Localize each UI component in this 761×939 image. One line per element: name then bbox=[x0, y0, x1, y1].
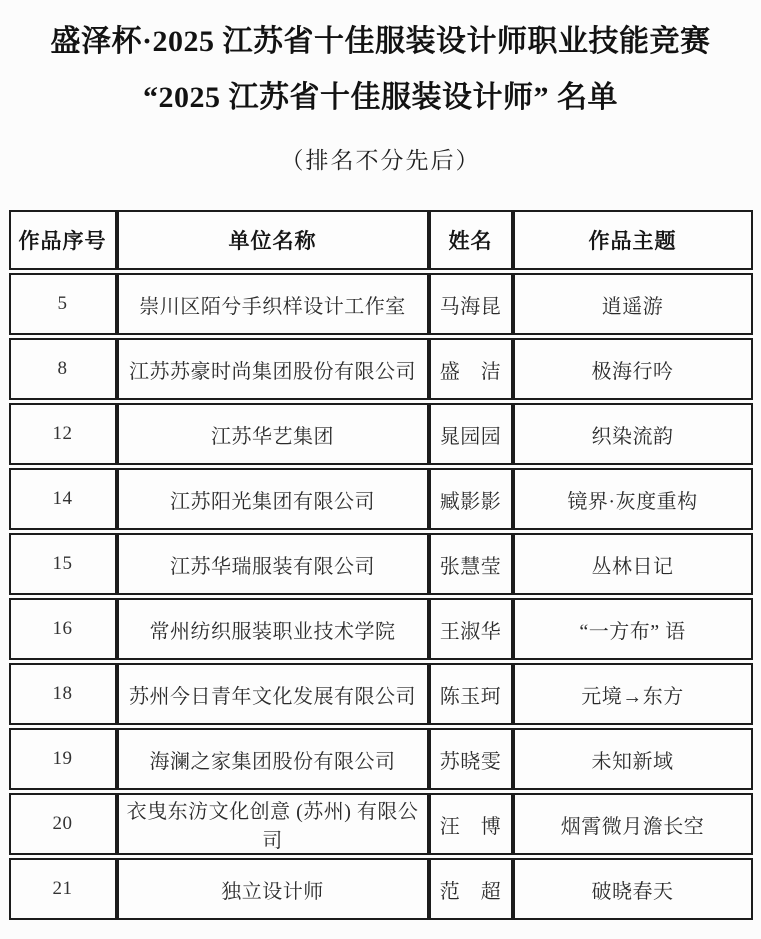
cell-designer-name: 晁园园 bbox=[429, 403, 513, 465]
cell-unit-name: 衣曳东汸文化创意 (苏州) 有限公司 bbox=[117, 793, 429, 855]
cell-work-no: 15 bbox=[9, 533, 117, 595]
cell-work-theme: 极海行吟 bbox=[513, 338, 753, 400]
cell-work-no: 18 bbox=[9, 663, 117, 725]
cell-designer-name: 盛 洁 bbox=[429, 338, 513, 400]
title-line-2: “2025 江苏省十佳服装设计师” 名单 bbox=[0, 70, 761, 126]
header-work-theme: 作品主题 bbox=[513, 210, 753, 270]
cell-work-no: 20 bbox=[9, 793, 117, 855]
cell-work-no: 21 bbox=[9, 858, 117, 920]
header-work-no: 作品序号 bbox=[9, 210, 117, 270]
cell-designer-name: 马海昆 bbox=[429, 273, 513, 335]
table-row: 21 独立设计师 范 超 破晓春天 bbox=[9, 858, 753, 920]
cell-unit-name: 苏州今日青年文化发展有限公司 bbox=[117, 663, 429, 725]
winners-table: 作品序号 单位名称 姓名 作品主题 5 崇川区陌兮手织样设计工作室 马海昆 逍遥… bbox=[9, 207, 753, 923]
table-row: 5 崇川区陌兮手织样设计工作室 马海昆 逍遥游 bbox=[9, 273, 753, 335]
cell-work-theme: 镜界·灰度重构 bbox=[513, 468, 753, 530]
cell-unit-name: 常州纺织服装职业技术学院 bbox=[117, 598, 429, 660]
cell-designer-name: 王淑华 bbox=[429, 598, 513, 660]
cell-unit-name: 崇川区陌兮手织样设计工作室 bbox=[117, 273, 429, 335]
table-row: 20 衣曳东汸文化创意 (苏州) 有限公司 汪 博 烟霄微月澹长空 bbox=[9, 793, 753, 855]
cell-designer-name: 苏晓雯 bbox=[429, 728, 513, 790]
cell-unit-name: 江苏阳光集团有限公司 bbox=[117, 468, 429, 530]
cell-unit-name: 海澜之家集团股份有限公司 bbox=[117, 728, 429, 790]
cell-work-no: 12 bbox=[9, 403, 117, 465]
cell-designer-name: 陈玉珂 bbox=[429, 663, 513, 725]
announcement-page: 盛泽杯·2025 江苏省十佳服装设计师职业技能竞赛 “2025 江苏省十佳服装设… bbox=[0, 0, 761, 939]
cell-work-no: 5 bbox=[9, 273, 117, 335]
cell-work-no: 8 bbox=[9, 338, 117, 400]
cell-unit-name: 江苏苏豪时尚集团股份有限公司 bbox=[117, 338, 429, 400]
cell-designer-name: 范 超 bbox=[429, 858, 513, 920]
cell-work-no: 19 bbox=[9, 728, 117, 790]
cell-work-theme: 逍遥游 bbox=[513, 273, 753, 335]
cell-unit-name: 独立设计师 bbox=[117, 858, 429, 920]
table-row: 19 海澜之家集团股份有限公司 苏晓雯 未知新域 bbox=[9, 728, 753, 790]
cell-work-theme: 未知新域 bbox=[513, 728, 753, 790]
table-row: 15 江苏华瑞服装有限公司 张慧莹 丛林日记 bbox=[9, 533, 753, 595]
table-row: 16 常州纺织服装职业技术学院 王淑华 “一方布” 语 bbox=[9, 598, 753, 660]
table-row: 18 苏州今日青年文化发展有限公司 陈玉珂 元境→东方 bbox=[9, 663, 753, 725]
cell-work-no: 16 bbox=[9, 598, 117, 660]
cell-designer-name: 臧影影 bbox=[429, 468, 513, 530]
table-header-row: 作品序号 单位名称 姓名 作品主题 bbox=[9, 210, 753, 270]
ranking-note: （排名不分先后） bbox=[0, 142, 761, 175]
cell-unit-name: 江苏华艺集团 bbox=[117, 403, 429, 465]
header-designer-name: 姓名 bbox=[429, 210, 513, 270]
cell-work-theme: 烟霄微月澹长空 bbox=[513, 793, 753, 855]
cell-designer-name: 张慧莹 bbox=[429, 533, 513, 595]
cell-unit-name: 江苏华瑞服装有限公司 bbox=[117, 533, 429, 595]
cell-work-theme: 破晓春天 bbox=[513, 858, 753, 920]
cell-work-no: 14 bbox=[9, 468, 117, 530]
cell-designer-name: 汪 博 bbox=[429, 793, 513, 855]
title-line-1: 盛泽杯·2025 江苏省十佳服装设计师职业技能竞赛 bbox=[0, 14, 761, 70]
table-row: 14 江苏阳光集团有限公司 臧影影 镜界·灰度重构 bbox=[9, 468, 753, 530]
table-row: 8 江苏苏豪时尚集团股份有限公司 盛 洁 极海行吟 bbox=[9, 338, 753, 400]
cell-work-theme: “一方布” 语 bbox=[513, 598, 753, 660]
document-header: 盛泽杯·2025 江苏省十佳服装设计师职业技能竞赛 “2025 江苏省十佳服装设… bbox=[0, 0, 761, 175]
table-row: 12 江苏华艺集团 晁园园 织染流韵 bbox=[9, 403, 753, 465]
cell-work-theme: 元境→东方 bbox=[513, 663, 753, 725]
cell-work-theme: 丛林日记 bbox=[513, 533, 753, 595]
header-unit-name: 单位名称 bbox=[117, 210, 429, 270]
cell-work-theme: 织染流韵 bbox=[513, 403, 753, 465]
